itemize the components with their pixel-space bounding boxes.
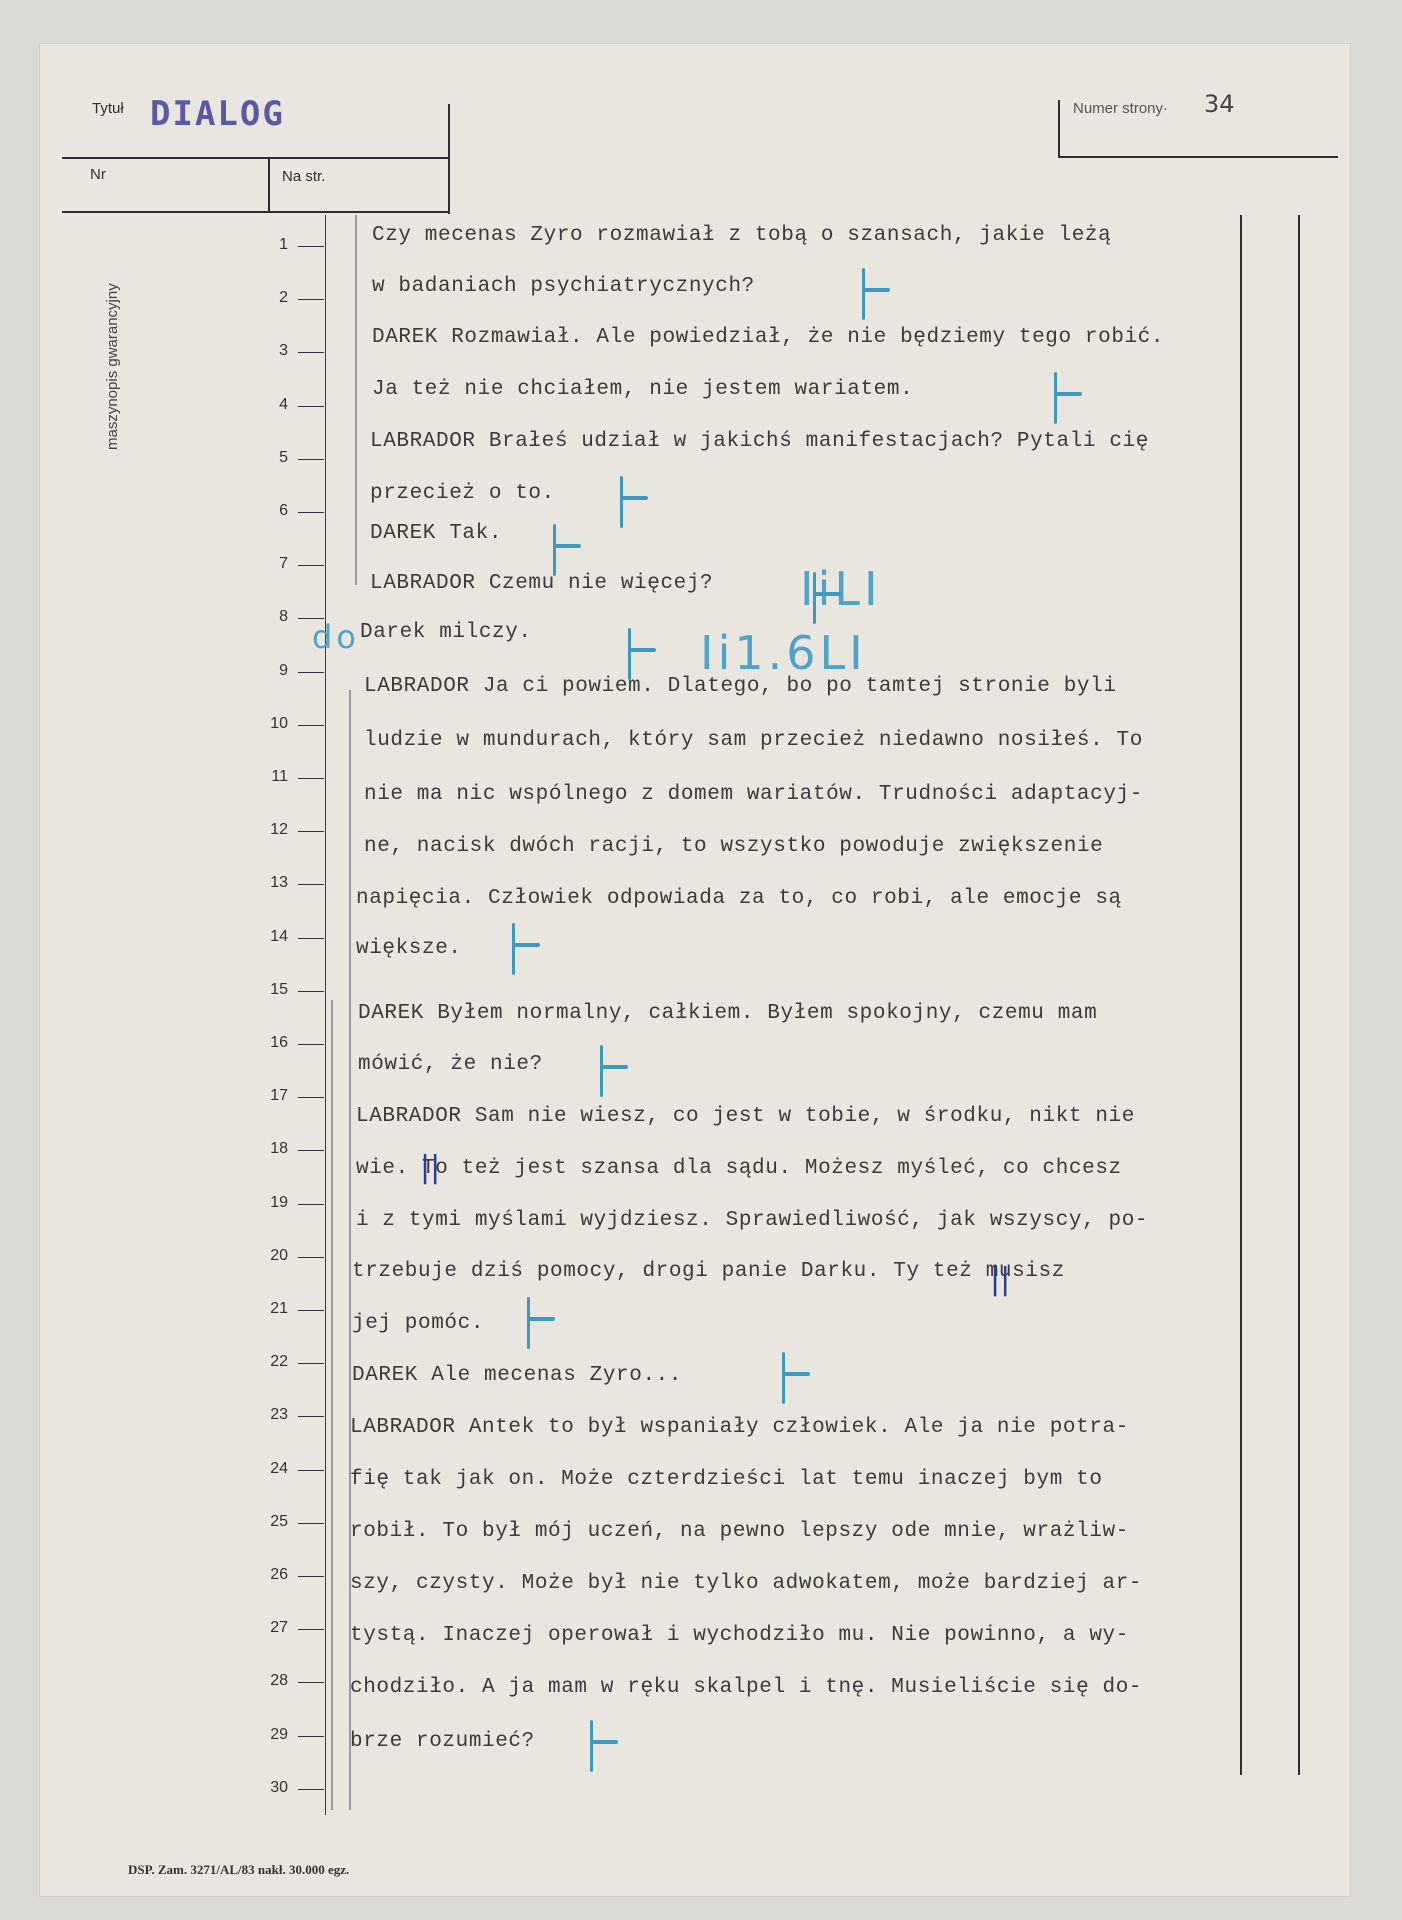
line-tick: [298, 1682, 324, 1683]
typed-line: DAREK Byłem normalny, całkiem. Byłem spo…: [358, 1002, 1097, 1025]
line-number: 4: [258, 396, 288, 414]
typed-line: DAREK Rozmawiał. Ale powiedział, że nie …: [372, 326, 1164, 349]
line-tick: [298, 1629, 324, 1630]
line-number: 25: [258, 1513, 288, 1531]
line-tick: [298, 725, 324, 726]
line-number: 27: [258, 1619, 288, 1637]
margin-rule-3: [331, 1000, 333, 1810]
header-right-border: [448, 104, 450, 214]
line-number: 24: [258, 1460, 288, 1478]
line-tick: [298, 672, 324, 673]
line-tick: [298, 459, 324, 460]
typed-line: DAREK Ale mecenas Zyro...: [352, 1364, 682, 1387]
right-margin-rule-2: [1298, 215, 1300, 1775]
line-tick: [298, 1789, 324, 1790]
line-tick: [298, 1363, 324, 1364]
nr-divider: [268, 157, 270, 213]
line-number: 8: [258, 608, 288, 626]
pause-mark-icon: ||: [990, 1262, 1010, 1297]
right-margin-rule-1: [1240, 215, 1242, 1775]
line-tick: [298, 1576, 324, 1577]
line-tick: [298, 406, 324, 407]
line-number: 7: [258, 555, 288, 573]
typed-line: chodziło. A ja mam w ręku skalpel i tnę.…: [350, 1676, 1142, 1699]
typed-line: Ja też nie chciałem, nie jestem wariatem…: [372, 378, 913, 401]
line-tick: [298, 299, 324, 300]
line-tick: [298, 778, 324, 779]
typed-line: Darek milczy.: [360, 621, 532, 644]
line-tick: [298, 938, 324, 939]
header-divider: [62, 157, 450, 159]
typed-line: napięcia. Człowiek odpowiada za to, co r…: [356, 887, 1122, 910]
page-number-label: Numer strony·: [1073, 100, 1168, 117]
page-number-box-left: [1058, 100, 1060, 158]
typed-line: tystą. Inaczej operował i wychodziło mu.…: [350, 1624, 1129, 1647]
line-number: 13: [258, 874, 288, 892]
line-number: 1: [258, 236, 288, 254]
line-number: 30: [258, 1779, 288, 1797]
pause-mark-icon: ||: [420, 1150, 440, 1185]
line-number: 29: [258, 1726, 288, 1744]
typed-line: ludzie w mundurach, który sam przecież n…: [364, 729, 1143, 752]
line-number: 2: [258, 289, 288, 307]
side-label: maszynopis gwarancyjny: [104, 283, 121, 450]
typed-line: nie ma nic wspólnego z domem wariatów. T…: [364, 783, 1143, 806]
line-number: 20: [258, 1247, 288, 1265]
line-number: 5: [258, 449, 288, 467]
line-number: 14: [258, 928, 288, 946]
line-tick: [298, 831, 324, 832]
line-number: 28: [258, 1672, 288, 1690]
line-number: 18: [258, 1140, 288, 1158]
typed-line: w badaniach psychiatrycznych?: [372, 275, 755, 298]
typed-line: brze rozumieć?: [350, 1730, 535, 1753]
line-number: 10: [258, 715, 288, 733]
line-tick: [298, 1097, 324, 1098]
line-number: 16: [258, 1034, 288, 1052]
line-tick: [298, 1204, 324, 1205]
line-tick: [298, 1257, 324, 1258]
typed-line: Czy mecenas Zyro rozmawiał z tobą o szan…: [372, 224, 1111, 247]
typed-line: DAREK Tak.: [370, 522, 502, 545]
typed-line: większe.: [356, 937, 462, 960]
typed-line: LABRADOR Brałeś udział w jakichś manifes…: [370, 430, 1149, 453]
typed-line: wie. To też jest szansa dla sądu. Możesz…: [356, 1157, 1122, 1180]
print-footer: DSP. Zam. 3271/AL/83 nakł. 30.000 egz.: [128, 1862, 349, 1878]
typed-line: ne, nacisk dwóch racji, to wszystko powo…: [364, 835, 1103, 858]
line-tick: [298, 1150, 324, 1151]
line-number: 11: [258, 768, 288, 786]
header-bottom-line: [62, 211, 450, 213]
nr-label: Nr: [90, 166, 106, 183]
line-tick: [298, 884, 324, 885]
line-number: 19: [258, 1194, 288, 1212]
line-tick: [298, 352, 324, 353]
line-tick: [298, 991, 324, 992]
margin-note: do: [312, 618, 360, 656]
typed-line: LABRADOR Sam nie wiesz, co jest w tobie,…: [356, 1105, 1135, 1128]
title-stamp: DIALOG: [150, 94, 285, 134]
line-number: 22: [258, 1353, 288, 1371]
line-tick: [298, 1736, 324, 1737]
typed-line: LABRADOR Antek to był wspaniały człowiek…: [350, 1416, 1129, 1439]
line-tick: [298, 1044, 324, 1045]
line-number: 26: [258, 1566, 288, 1584]
line-tick: [298, 246, 324, 247]
typed-line: mówić, że nie?: [358, 1053, 543, 1076]
typed-line: robił. To był mój uczeń, na pewno lepszy…: [350, 1520, 1129, 1543]
line-number: 3: [258, 342, 288, 360]
line-number: 15: [258, 981, 288, 999]
margin-rule-1: [355, 215, 357, 585]
page-number-value: 34: [1204, 90, 1235, 118]
line-number: 21: [258, 1300, 288, 1318]
line-number: 17: [258, 1087, 288, 1105]
line-number: 23: [258, 1406, 288, 1424]
line-tick: [298, 512, 324, 513]
line-number: 9: [258, 662, 288, 680]
line-tick: [298, 1310, 324, 1311]
line-number: 12: [258, 821, 288, 839]
line-number: 6: [258, 502, 288, 520]
line-tick: [298, 1416, 324, 1417]
typed-line: szy, czysty. Może był nie tylko adwokate…: [350, 1572, 1142, 1595]
handwritten-note-2: Ii1.6LI: [700, 626, 867, 680]
title-label: Tytuł: [92, 100, 124, 117]
typed-line: jej pomóc.: [352, 1312, 484, 1335]
line-tick: [298, 565, 324, 566]
line-number-rule: [325, 215, 326, 1815]
line-tick: [298, 1523, 324, 1524]
typed-line: i z tymi myślami wyjdziesz. Sprawiedliwo…: [356, 1209, 1148, 1232]
page-number-box-bottom: [1058, 156, 1338, 158]
typed-line: przecież o to.: [370, 482, 555, 505]
line-tick: [298, 1470, 324, 1471]
typed-line: fię tak jak on. Może czterdzieści lat te…: [350, 1468, 1103, 1491]
na-str-label: Na str.: [282, 168, 325, 185]
typed-line: LABRADOR Czemu nie więcej?: [370, 572, 713, 595]
typed-line: trzebuje dziś pomocy, drogi panie Darku.…: [352, 1260, 1065, 1283]
manuscript-page: [40, 44, 1350, 1896]
